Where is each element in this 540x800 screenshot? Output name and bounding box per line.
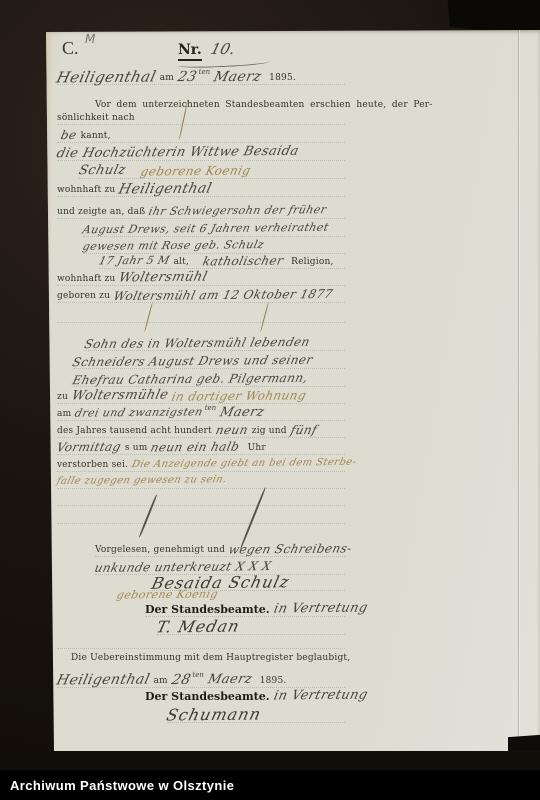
document-line: Heiligenthalam28tenMaerz1895. — [57, 671, 345, 688]
handwritten-text: in Vertretung — [272, 602, 369, 617]
handwritten-text: fünf — [289, 423, 318, 437]
document-line: Schneiders August Drews und seiner — [73, 352, 345, 369]
document-line — [57, 306, 345, 323]
handwritten-text: August Drews, seit 6 Jahren verheirathet — [81, 221, 330, 238]
register-page: C. M Nr. 10. Heiligenthalam23tenMaerz189… — [42, 30, 540, 752]
handwritten-text: Maerz — [218, 406, 265, 420]
printed-text: zu — [57, 392, 68, 403]
printed-text: s um — [125, 443, 148, 454]
document-line: wohnhaft zuHeiligenthal — [57, 180, 345, 197]
document-line: 17 Jahr 5 Malt,katholischerReligion, — [99, 252, 345, 269]
form-content: Heiligenthalam23tenMaerz1895.Vor dem unt… — [42, 30, 540, 752]
printed-text: kannt, — [81, 131, 111, 142]
archive-name-label: Archiwum Państwowe w Olsztynie — [0, 778, 234, 793]
printed-label: Der Standesbeamte. — [145, 604, 270, 616]
handwritten-text: wegen Schreibens- — [227, 541, 353, 556]
handwritten-text: Schulz — [77, 164, 127, 178]
handwritten-text: neun — [214, 423, 249, 437]
printed-text: Die Uebereinstimmung mit dem Hauptregist… — [71, 653, 350, 664]
printed-text: wohnhaft zu — [57, 185, 115, 196]
document-line: Schumann — [167, 706, 345, 723]
signature: Schumann — [165, 708, 262, 723]
document-line: Heiligenthalam23tenMaerz1895. — [57, 68, 345, 85]
printed-text: des Jahres tausend acht hundert — [57, 426, 212, 437]
handwritten-text-light-ink: falle zugegen gewesen zu sein. — [55, 473, 228, 489]
handwritten-text: ihr Schwiegersohn der früher — [147, 203, 328, 219]
superscript-text: ten — [205, 404, 216, 412]
superscript-text: ten — [192, 671, 203, 679]
handwritten-text: drei und zwanzigsten — [73, 405, 204, 420]
handwritten-text: Woltersmühl am 12 Oktober 1877 — [112, 287, 334, 303]
printed-text: 1895. — [260, 676, 287, 687]
document-line: Vormittags umneun ein halbUhr — [57, 438, 345, 455]
document-line: Vorgelesen, genehmigt undwegen Schreiben… — [95, 540, 345, 557]
printed-text: wohnhaft zu — [57, 274, 115, 285]
printed-text: 1895. — [269, 73, 296, 84]
printed-text: Uhr — [248, 443, 266, 454]
document-line: verstorben sei.Die Anzeigende giebt an b… — [57, 455, 345, 472]
paper-crease — [518, 30, 519, 752]
document-line: wohnhaft zuWoltersmühl — [57, 269, 345, 286]
document-line: Die Uebereinstimmung mit dem Hauptregist… — [71, 648, 345, 664]
document-line — [57, 507, 345, 524]
document-line: bekannt, — [57, 126, 345, 143]
handwritten-text: Ehefrau Catharina geb. Pilgermann, — [71, 371, 309, 387]
document-line: zuWoltersmühlein dortiger Wohnung — [57, 387, 345, 404]
printed-text: alt, — [173, 257, 189, 268]
document-line: falle zugegen gewesen zu sein. — [57, 472, 345, 489]
handwritten-text-light-ink: geborene Koenig — [140, 163, 253, 178]
handwritten-text: Heiligenthal — [55, 673, 151, 688]
handwritten-text: Woltersmühl — [118, 271, 209, 286]
handwritten-text: 23 — [176, 70, 198, 84]
handwritten-text: Maerz — [206, 673, 253, 687]
document-line: Vor dem unterzeichneten Standesbeamten e… — [95, 92, 345, 108]
handwritten-text: Sohn des in Woltersmühl lebenden — [83, 335, 311, 351]
printed-text: geboren zu — [57, 291, 110, 302]
archive-watermark-bar: Archiwum Państwowe w Olsztynie — [0, 770, 540, 800]
handwritten-text: in Vertretung — [272, 689, 369, 704]
handwritten-text: be — [59, 128, 78, 142]
document-line: des Jahres tausend acht hundertneunzig u… — [57, 421, 345, 438]
scanned-register-view: { "archive_bar": { "label": "Archiwum Pa… — [0, 0, 540, 800]
handwritten-text: neun ein halb — [150, 440, 242, 455]
printed-text: zig und — [252, 426, 287, 437]
document-line: amdrei und zwanzigstentenMaerz — [57, 404, 345, 421]
document-line: Der Standesbeamte.in Vertretung — [145, 600, 345, 617]
printed-text: verstorben sei. — [57, 460, 128, 471]
document-line: sönlichkeit nach — [57, 108, 345, 125]
handwritten-text: Heiligenthal — [55, 69, 157, 84]
handwritten-text: die Hochzüchterin Wittwe Besaida — [55, 145, 300, 162]
handwritten-text: 17 Jahr 5 M — [97, 254, 171, 269]
document-line: Schulzgeborene Koenig — [79, 162, 345, 179]
handwritten-text-light-ink: Die Anzeigende giebt an bei dem Sterbe- — [130, 456, 358, 472]
handwritten-text: 28 — [170, 673, 192, 687]
handwritten-text: Heiligenthal — [118, 182, 214, 197]
printed-text: Vorgelesen, genehmigt und — [95, 545, 225, 556]
document-line: geboren zuWoltersmühl am 12 Oktober 1877 — [57, 286, 345, 303]
document-line: Der Standesbeamte.in Vertretung — [145, 687, 345, 703]
handwritten-text: Woltersmühle — [70, 388, 170, 403]
superscript-text: ten — [199, 68, 210, 76]
printed-text: am — [160, 73, 174, 84]
printed-label: Der Standesbeamte. — [145, 691, 270, 703]
handwritten-text: Vormittag — [55, 440, 122, 455]
document-line: Ehefrau Catharina geb. Pilgermann, — [73, 370, 345, 387]
document-line: Sohn des in Woltersmühl lebenden — [85, 334, 345, 351]
document-line — [57, 489, 345, 506]
handwritten-text: katholischer — [201, 254, 285, 269]
printed-text: Religion, — [291, 257, 333, 268]
background-gap — [0, 751, 540, 770]
document-line: die Hochzüchterin Wittwe Besaida — [57, 144, 345, 161]
document-line: August Drews, seit 6 Jahren verheirathet — [83, 220, 345, 237]
printed-text: am — [57, 409, 71, 420]
printed-text: und zeigte an, daß — [57, 207, 145, 218]
printed-text: am — [153, 676, 167, 687]
printed-text: sönlichkeit nach — [57, 113, 135, 124]
handwritten-text: Schneiders August Drews und seiner — [71, 353, 314, 370]
handwritten-text-light-ink: in dortiger Wohnung — [170, 388, 308, 403]
document-line — [57, 632, 345, 649]
handwritten-text: Maerz — [212, 70, 263, 84]
document-line: und zeigte an, daßihr Schwiegersohn der … — [57, 202, 345, 219]
